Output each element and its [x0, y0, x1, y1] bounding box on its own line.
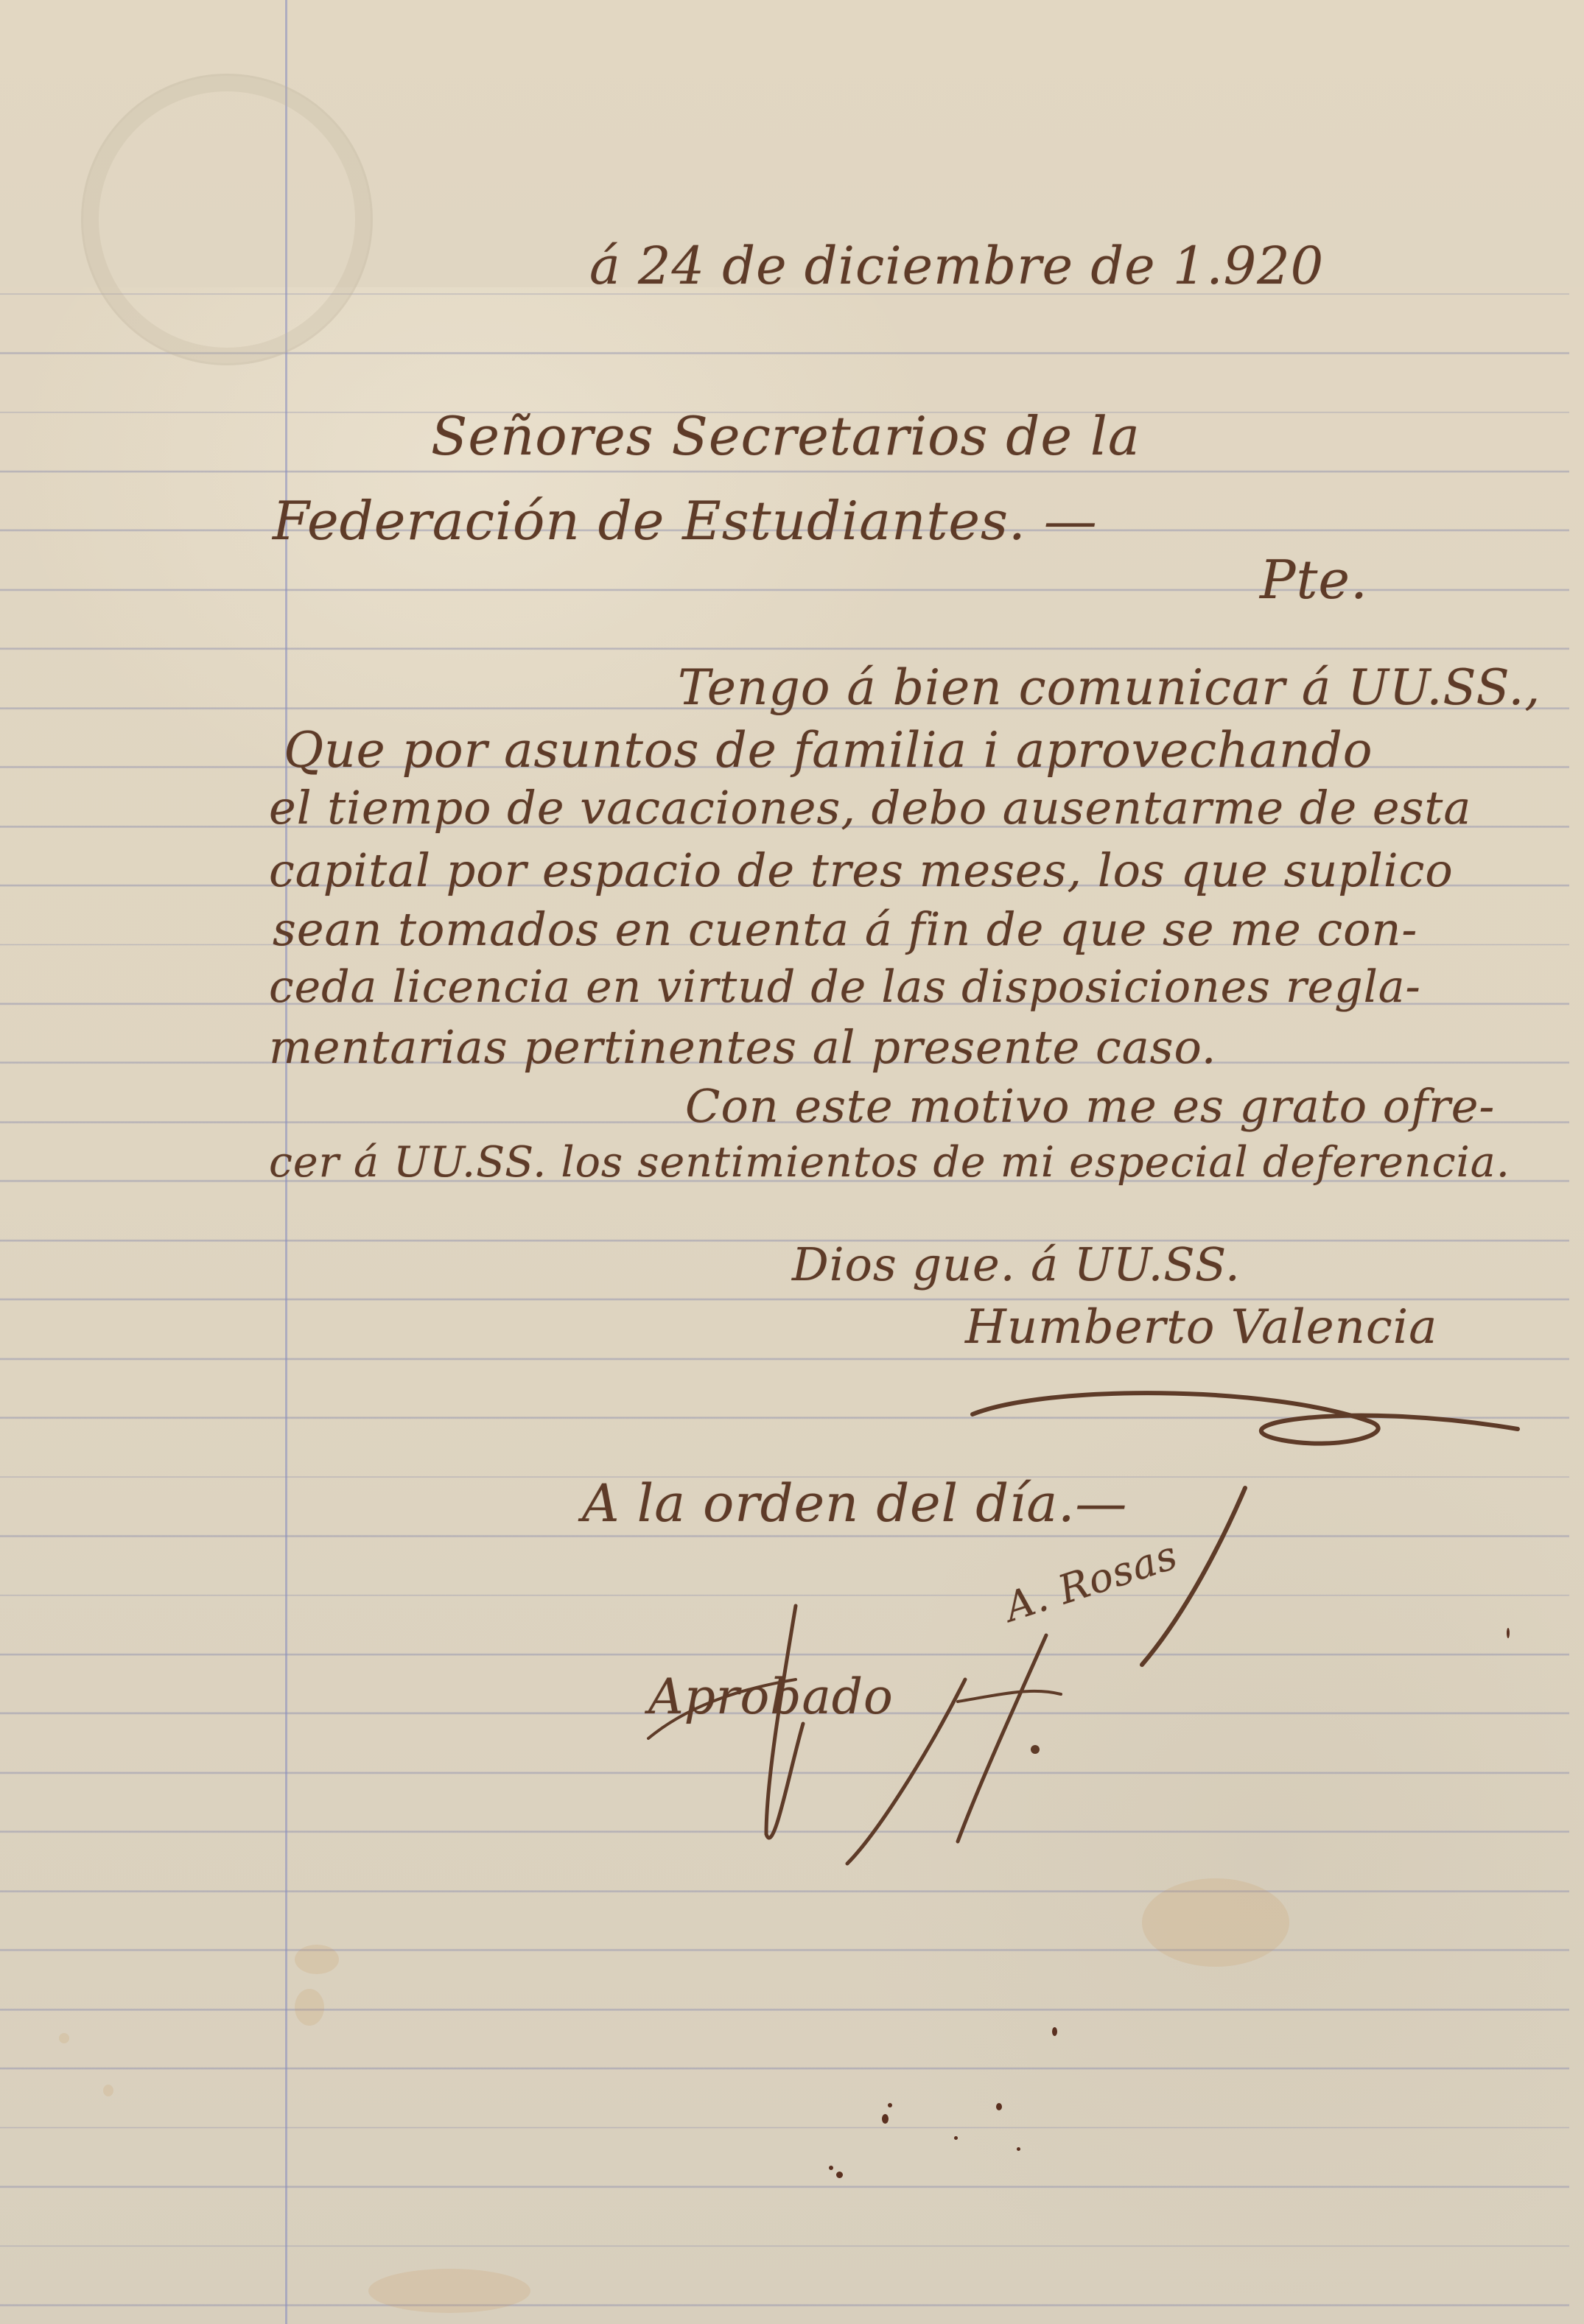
foxing-stain — [368, 2269, 530, 2313]
embossed-seal-icon — [81, 74, 373, 365]
body-line-5: sean tomados en cuenta á fin de que se m… — [273, 902, 1417, 956]
annotation-note: A la orden del día.— — [582, 1473, 1127, 1534]
ink-speck — [1052, 2027, 1057, 2036]
ink-speck — [882, 2114, 889, 2124]
signature-flourish-icon — [958, 1370, 1532, 1473]
foxing-stain — [295, 1989, 324, 2026]
body-line-4: capital por espacio de tres meses, los q… — [269, 843, 1454, 897]
ink-speck — [954, 2136, 958, 2140]
closing-salutation: Dios gue. á UU.SS. — [792, 1238, 1241, 1291]
foxing-stain — [1142, 1878, 1289, 1967]
body-line-1: Tengo á bien comunicar á UU.SS., — [678, 659, 1541, 716]
foxing-stain — [59, 2033, 69, 2043]
ink-speck — [829, 2166, 833, 2170]
ink-speck — [1507, 1628, 1510, 1638]
foxing-stain — [295, 1945, 339, 1974]
approval-signature-icon — [634, 1591, 1164, 1871]
body-line-3: el tiempo de vacaciones, debo ausentarme… — [269, 781, 1471, 835]
body-line-7: mentarias pertinentes al presente caso. — [269, 1020, 1216, 1074]
body-line-8: Con este motivo me es grato ofre- — [685, 1079, 1495, 1133]
body-line-6: ceda licencia en virtud de las disposici… — [269, 961, 1421, 1013]
addressee-line-1: Señores Secretarios de la — [431, 405, 1140, 467]
ink-speck — [996, 2103, 1002, 2110]
body-line-9: cer á UU.SS. los sentimientos de mi espe… — [269, 1138, 1510, 1187]
date-line: á 24 de diciembre de 1.920 — [589, 236, 1324, 296]
addressee-pte: Pte. — [1260, 549, 1368, 611]
foxing-stain — [103, 2085, 113, 2096]
ink-speck — [1017, 2147, 1020, 2151]
ink-speck — [888, 2103, 892, 2107]
letter-page: á 24 de diciembre de 1.920 Señores Secre… — [0, 0, 1584, 2324]
body-line-2: Que por asuntos de familia i aprovechand… — [284, 722, 1373, 779]
addressee-line-2: Federación de Estudiantes. — — [273, 490, 1098, 552]
author-signature: Humberto Valencia — [965, 1300, 1437, 1355]
ink-speck — [836, 2172, 843, 2178]
